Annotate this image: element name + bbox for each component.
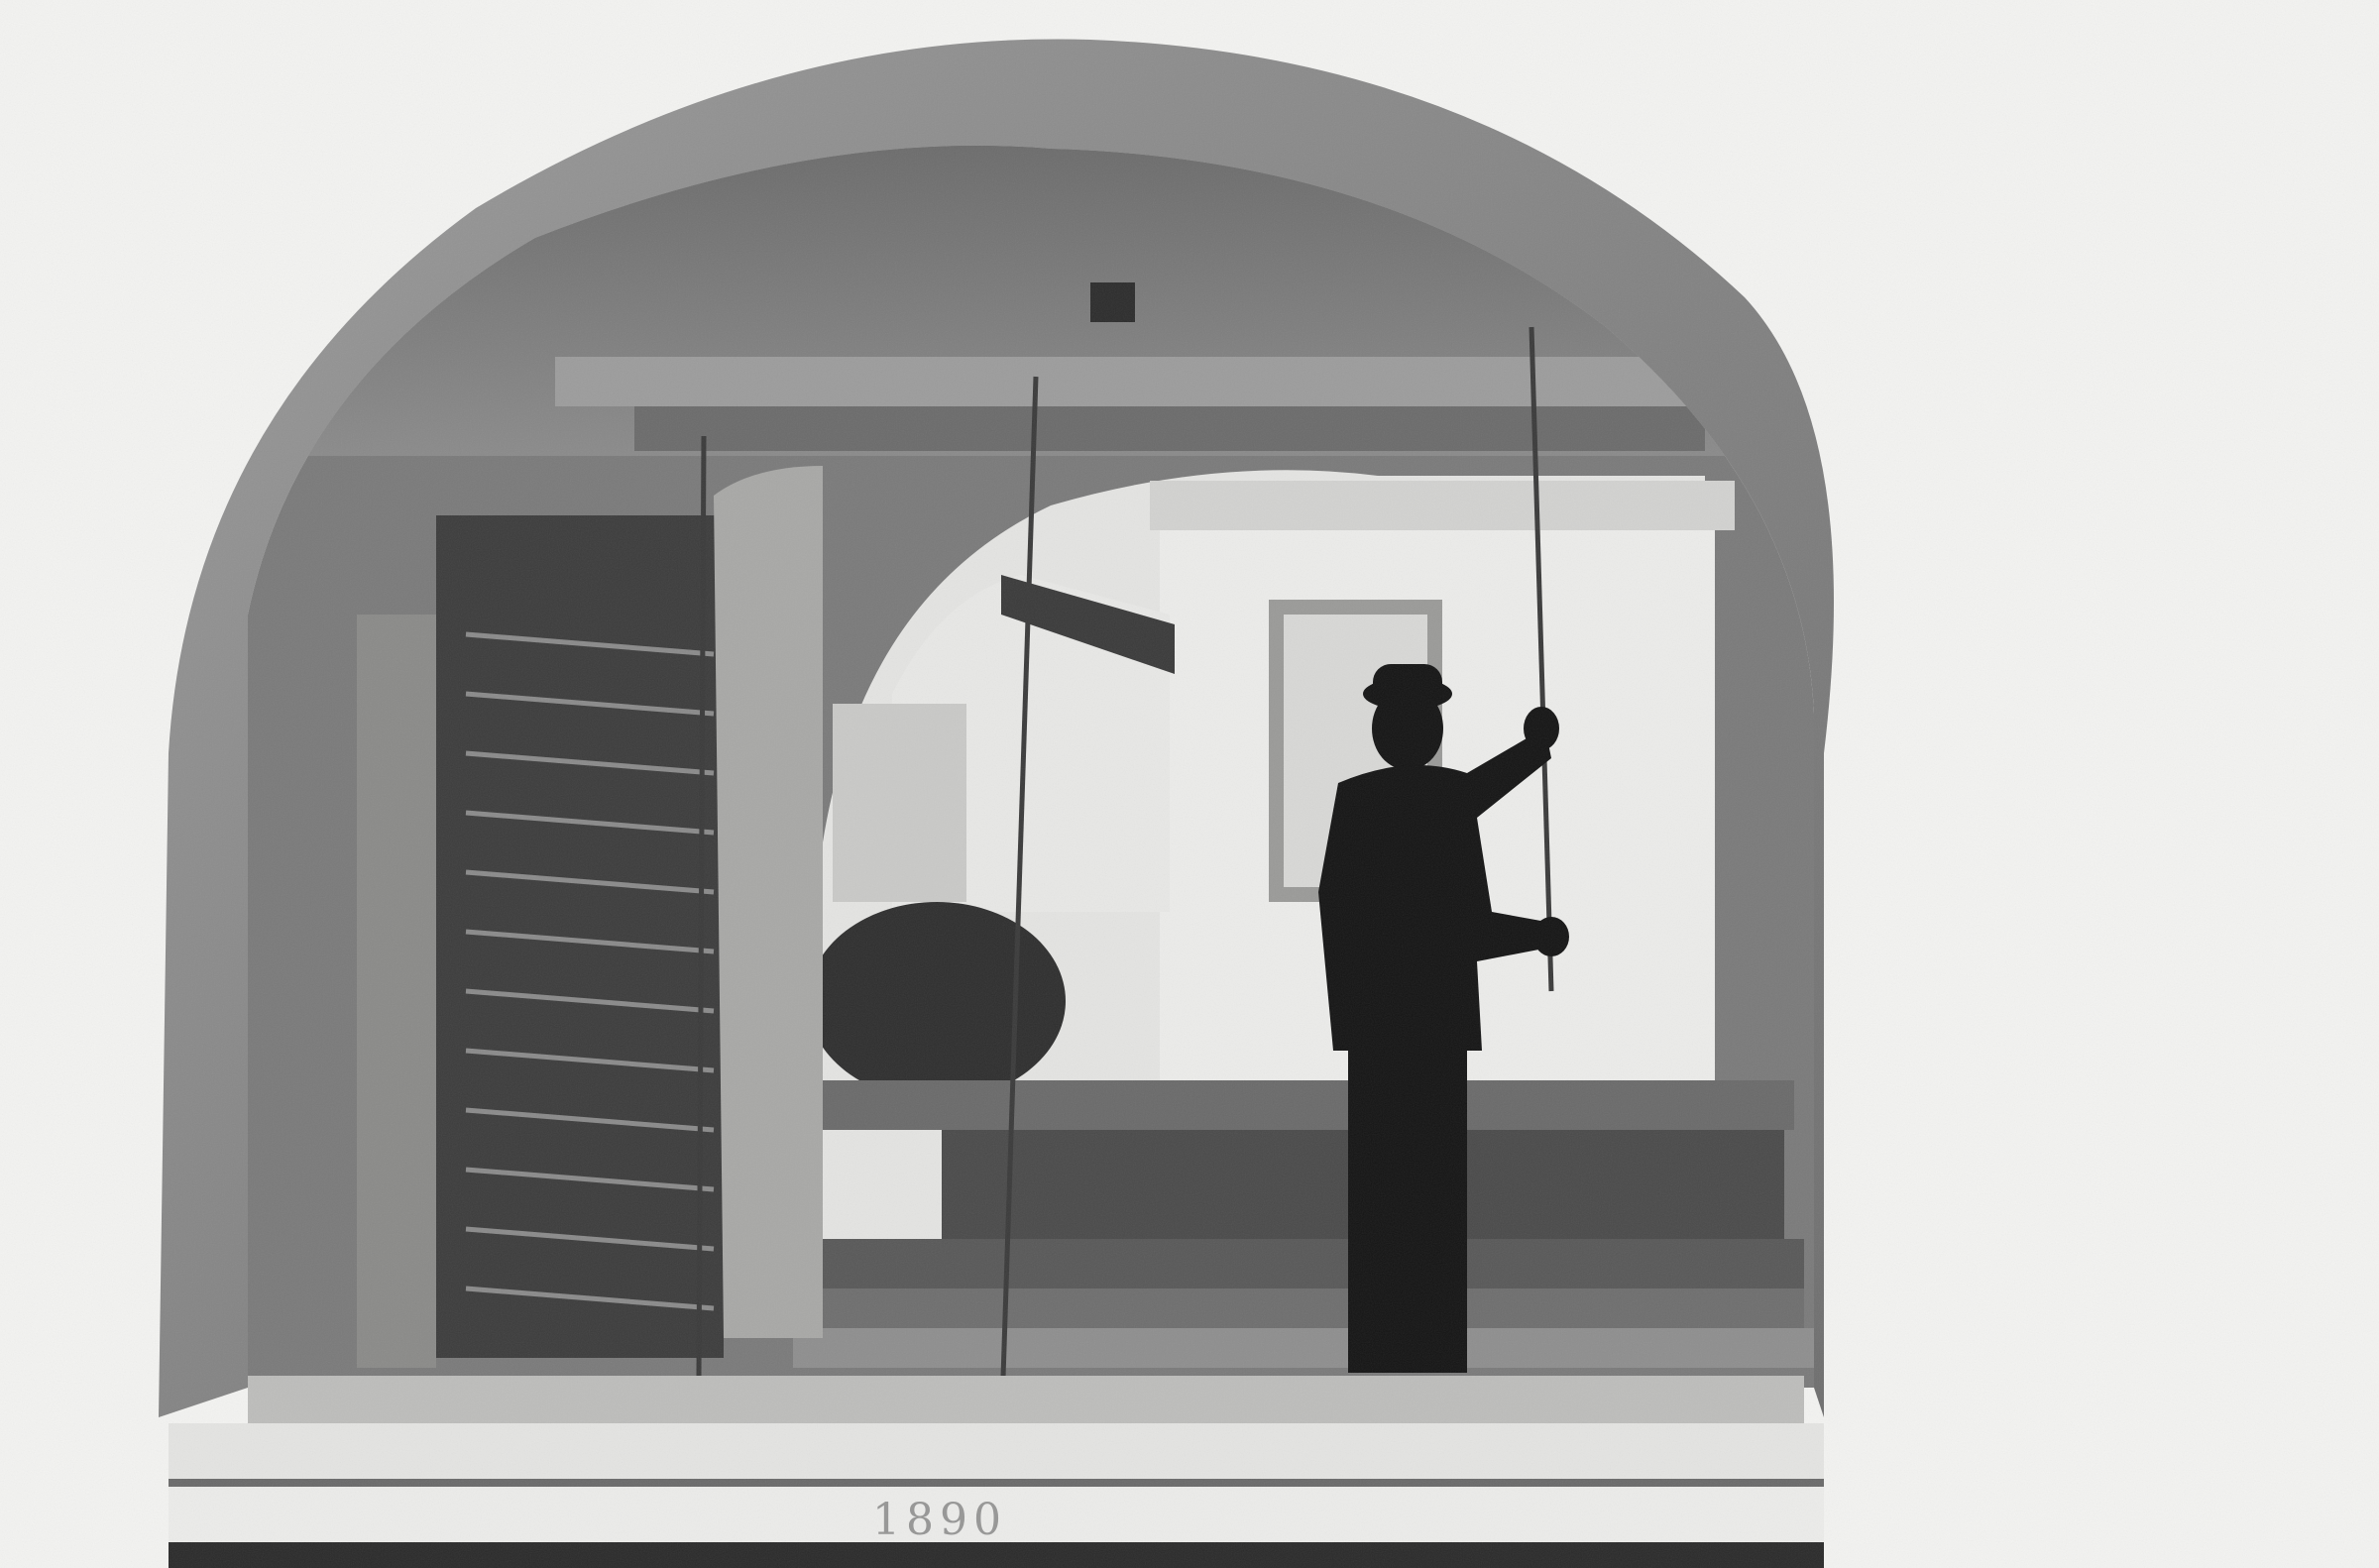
photograph	[0, 0, 2379, 1568]
carved-year-inscription: 1890	[872, 1495, 1007, 1545]
